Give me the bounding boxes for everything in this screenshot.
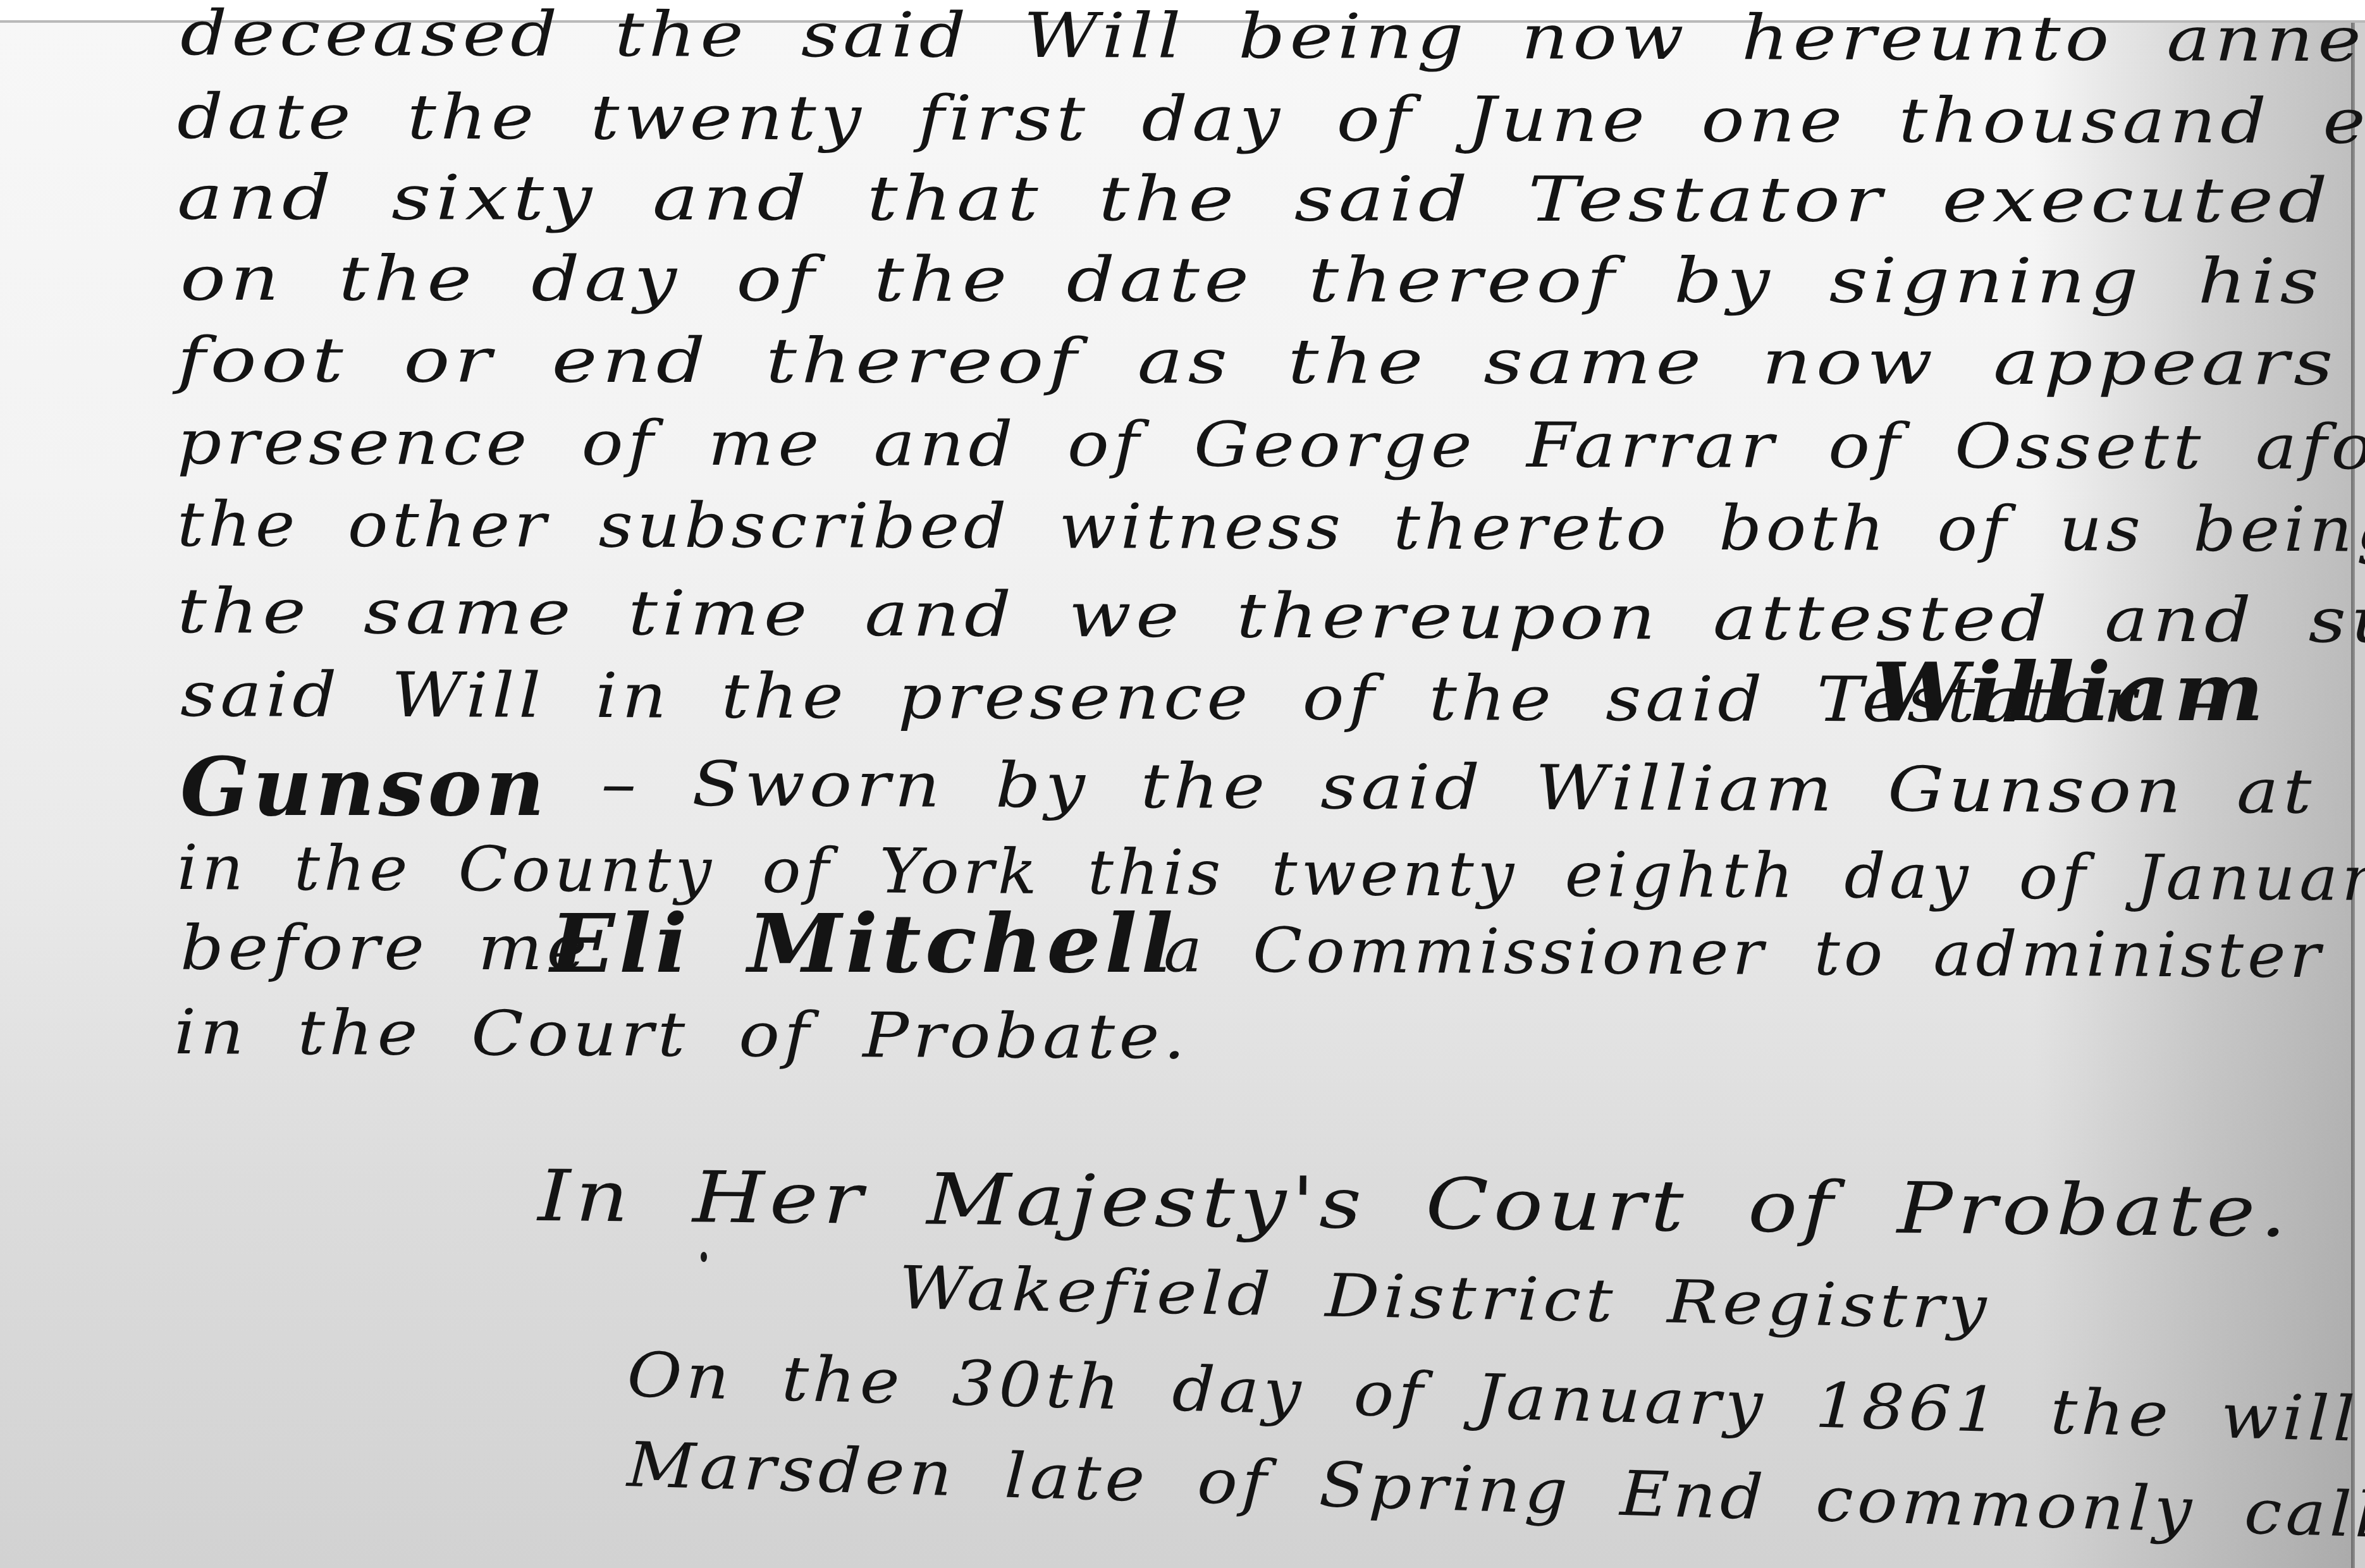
scanned-document-page: deceased the said Will being now hereunt… <box>0 0 2365 1568</box>
affidavit-line-10: – Sworn by the said William Gunson at Os… <box>601 749 2365 828</box>
affidavit-line-4: on the day of the date thereof by signin… <box>180 244 2365 317</box>
witness-signature-last-name: Gunson <box>180 740 548 835</box>
affidavit-line-3: and sixty and that the said Testator exe… <box>177 163 2365 236</box>
affidavit-line-1: deceased the said Will being now hereunt… <box>180 0 2365 77</box>
affidavit-line-12a: before me <box>180 914 591 983</box>
affidavit-line-6: presence of me and of George Farrar of O… <box>177 408 2365 484</box>
affidavit-line-5: foot or end thereof as the same now appe… <box>177 326 2365 399</box>
grant-heading: In Her Majesty's Court of Probate. <box>537 1157 2292 1251</box>
affidavit-line-12b: a Commissioner to administer oaths <box>1164 916 2365 992</box>
affidavit-line-11: in the County of York this twenty eighth… <box>177 833 2365 916</box>
witness-signature-first-name: William <box>1872 645 2268 740</box>
affidavit-line-2: date the twenty first day of June one th… <box>177 82 2365 158</box>
ink-speck <box>701 1252 707 1262</box>
commissioner-name: Eli Mitchell <box>550 897 1177 991</box>
affidavit-line-13: in the Court of Probate. <box>174 998 1189 1072</box>
affidavit-line-7: the other subscribed witness thereto bot… <box>177 490 2365 566</box>
